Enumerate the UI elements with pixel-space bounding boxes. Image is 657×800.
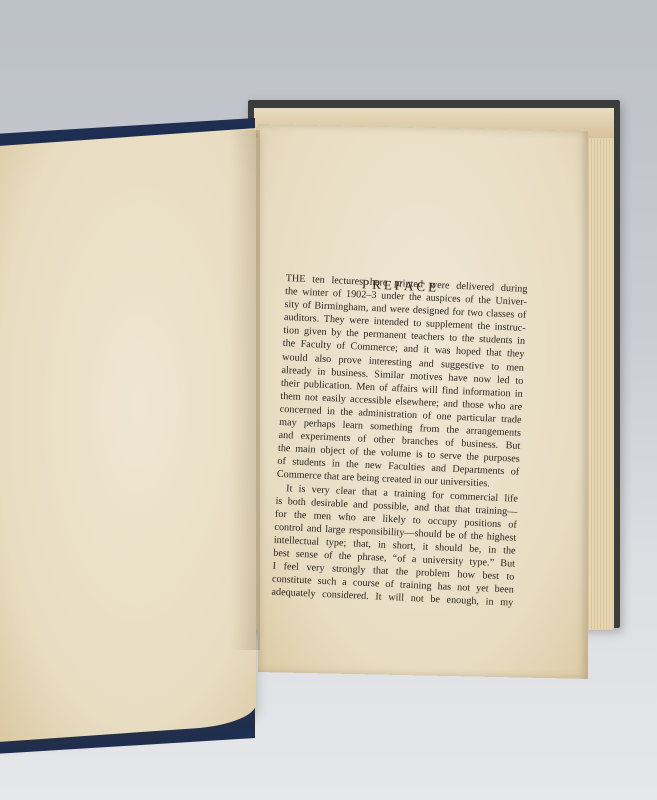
book-photo: PREFACE THE ten lectures here printed we…: [0, 0, 657, 800]
left-page-blank: [0, 128, 256, 742]
preface-text: THE ten lectures here printed were deliv…: [271, 272, 528, 610]
gutter-shadow: [230, 130, 260, 650]
